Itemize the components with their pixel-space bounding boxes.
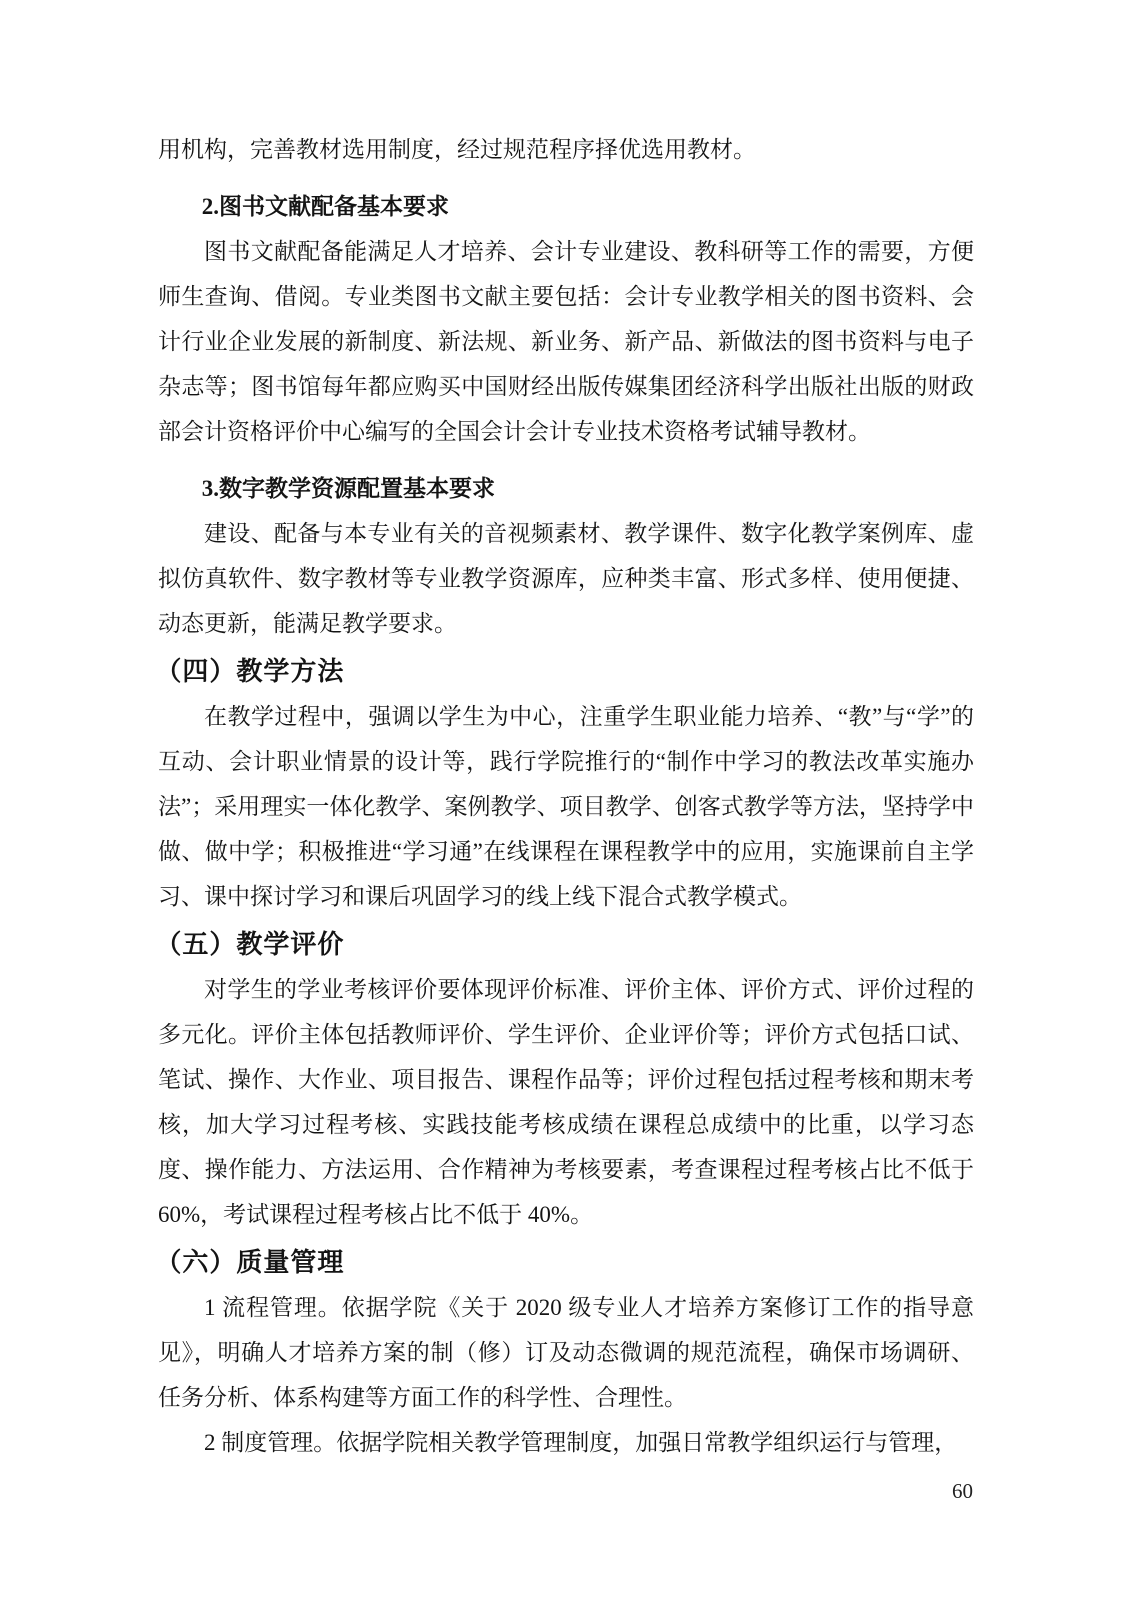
paragraph: 建设、配备与本专业有关的音视频素材、教学课件、数字化教学案例库、虚拟仿真软件、数… [158, 511, 974, 646]
paragraph: 2 制度管理。依据学院相关教学管理制度，加强日常教学组织运行与管理， [158, 1420, 974, 1465]
document-content: 用机构，完善教材选用制度，经过规范程序择优选用教材。2.图书文献配备基本要求图书… [158, 127, 974, 1465]
heading: （五）教学评价 [158, 921, 974, 967]
page-number: 60 [952, 1477, 973, 1505]
paragraph: 图书文献配备能满足人才培养、会计专业建设、教科研等工作的需要，方便师生查询、借阅… [158, 229, 974, 454]
heading: 2.图书文献配备基本要求 [158, 184, 974, 229]
paragraph: 对学生的学业考核评价要体现评价标准、评价主体、评价方式、评价过程的多元化。评价主… [158, 967, 974, 1237]
heading: （四）教学方法 [158, 648, 974, 694]
paragraph: 1 流程管理。依据学院《关于 2020 级专业人才培养方案修订工作的指导意见》，… [158, 1285, 974, 1420]
document-page: 用机构，完善教材选用制度，经过规范程序择优选用教材。2.图书文献配备基本要求图书… [0, 0, 1131, 1600]
paragraph: 用机构，完善教材选用制度，经过规范程序择优选用教材。 [158, 127, 974, 172]
heading: 3.数字教学资源配置基本要求 [158, 466, 974, 511]
heading: （六）质量管理 [158, 1239, 974, 1285]
paragraph: 在教学过程中，强调以学生为中心，注重学生职业能力培养、“教”与“学”的互动、会计… [158, 694, 974, 919]
